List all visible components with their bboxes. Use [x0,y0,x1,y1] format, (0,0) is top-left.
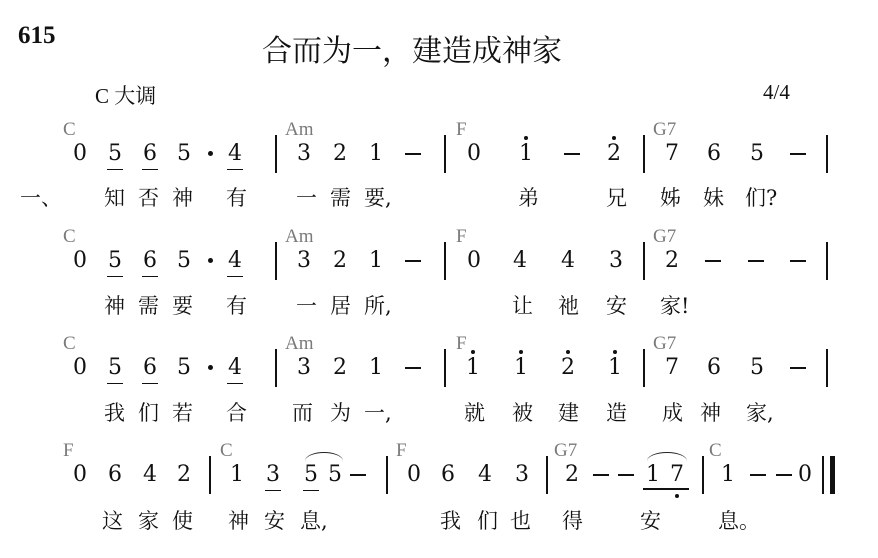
lyric-syllable: 安 [264,511,285,532]
bar-line [546,456,548,494]
note: 2 [175,464,193,486]
chord-symbol: G7 [653,120,676,139]
sustain-dash [405,367,421,369]
lyric-syllable: 被 [512,403,533,424]
bar-line [444,349,446,387]
note: 5 [106,143,124,165]
note: 0 [796,464,814,486]
note: 6 [141,143,159,165]
tie-slur [305,452,343,461]
note: 7 [663,143,681,165]
lyric-syllable: 祂 [558,296,579,317]
lyric-syllable: 一、 [20,188,62,209]
lyric-syllable: 安 [640,511,661,532]
lyric-syllable: 这 [102,511,123,532]
lyric-syllable: 使 [172,511,193,532]
chord-symbol: F [396,441,407,460]
note: 1 [512,357,530,379]
note: 3 [607,250,625,272]
lyric-syllable: 家 [138,511,159,532]
note: 3 [295,250,313,272]
lyric-syllable: 家, [746,403,774,424]
sustain-dash [405,153,421,155]
note: 0 [405,464,423,486]
note: 0 [71,464,89,486]
augmentation-dot [208,365,213,370]
chord-symbol: C [63,227,76,246]
lyric-syllable: 否 [138,188,159,209]
time-signature: 4/4 [763,80,790,105]
note: 6 [705,357,723,379]
sustain-dash [750,474,766,476]
song-number: 615 [18,22,56,50]
bar-line [444,135,446,173]
note: 1 [367,357,385,379]
note: 3 [264,464,282,486]
note: 6 [705,143,723,165]
note: 5 [175,250,193,272]
lyric-syllable: 神 [700,403,721,424]
chord-symbol: C [63,334,76,353]
bar-line [386,456,388,494]
lyric-syllable: 兄 [606,188,627,209]
lyric-syllable: 神 [228,511,249,532]
lyric-syllable: 神 [104,296,125,317]
note: 2 [663,250,681,272]
lyric-syllable: 就 [464,403,485,424]
lyric-syllable: 息。 [718,511,760,532]
note: 2 [331,143,349,165]
note: 4 [226,250,244,272]
lyric-syllable: 造 [606,403,627,424]
lyric-syllable: 知 [104,188,125,209]
augmentation-dot [208,258,213,263]
bar-line [826,135,828,173]
lyric-syllable: 所, [364,296,392,317]
chord-symbol: Am [285,334,314,353]
note: 6 [439,464,457,486]
song-title: 合而为一，建造成神家 [262,26,562,70]
note: 1 [464,357,482,379]
bar-line [275,135,277,173]
lyric-syllable: 我 [440,511,461,532]
eighth-beam [643,488,689,490]
note: 1 [644,464,662,486]
bar-line [702,456,704,494]
note: 4 [226,143,244,165]
lyric-syllable: 也 [510,511,531,532]
lyric-syllable: 若 [172,403,193,424]
lyric-syllable: 要 [172,296,193,317]
note: 5 [106,250,124,272]
sustain-dash [618,474,634,476]
lyric-syllable: 一 [296,188,317,209]
sustain-dash [350,474,366,476]
sustain-dash [705,260,721,262]
chord-symbol: Am [285,120,314,139]
chord-symbol: G7 [653,227,676,246]
note: 5 [175,143,193,165]
note: 4 [141,464,159,486]
bar-line [209,456,211,494]
note: 0 [465,250,483,272]
final-bar-line [830,456,835,494]
lyric-syllable: 们? [745,188,777,209]
chord-symbol: G7 [653,334,676,353]
note: 1 [719,464,737,486]
note: 1 [606,357,624,379]
lyric-syllable: 需 [330,188,351,209]
lyric-syllable: 们 [477,511,498,532]
note: 2 [605,143,623,165]
sustain-dash [593,474,609,476]
lyric-syllable: 安 [606,296,627,317]
sustain-dash [790,260,806,262]
sustain-dash [790,367,806,369]
note: 3 [295,143,313,165]
note: 5 [106,357,124,379]
chord-symbol: C [709,441,722,460]
lyric-syllable: 而 [292,403,313,424]
lyric-syllable: 需 [138,296,159,317]
lyric-syllable: 要, [364,188,392,209]
lyric-syllable: 让 [512,296,533,317]
bar-line [826,349,828,387]
note: 4 [559,250,577,272]
bar-line [826,242,828,280]
note: 3 [295,357,313,379]
lyric-syllable: 合 [226,403,247,424]
augmentation-dot [208,151,213,156]
sustain-dash [748,260,764,262]
chord-symbol: Am [285,227,314,246]
bar-line [643,135,645,173]
note: 6 [106,464,124,486]
note: 1 [367,143,385,165]
bar-line [643,242,645,280]
lyric-syllable: 妹 [703,188,724,209]
chord-symbol: F [456,120,467,139]
lyric-syllable: 居 [330,296,351,317]
lyric-syllable: 成 [662,403,683,424]
tie-slur [647,452,687,461]
lyric-syllable: 得 [562,511,583,532]
note: 2 [331,250,349,272]
lyric-syllable: 为 [330,403,351,424]
note: 4 [226,357,244,379]
lyric-syllable: 有 [226,188,247,209]
note: 7 [668,464,686,486]
bar-line [822,456,824,494]
chord-symbol: F [63,441,74,460]
lyric-syllable: 一, [364,403,392,424]
lyric-syllable: 神 [172,188,193,209]
note: 6 [141,250,159,272]
bar-line [275,242,277,280]
note: 6 [141,357,159,379]
chord-symbol: C [63,120,76,139]
note: 4 [511,250,529,272]
note: 4 [476,464,494,486]
lyric-syllable: 姊 [660,188,681,209]
bar-line [643,349,645,387]
sustain-dash [564,153,580,155]
sustain-dash [405,260,421,262]
note: 5 [302,464,320,486]
note: 0 [71,143,89,165]
sustain-dash [790,153,806,155]
note: 2 [563,464,581,486]
lyric-syllable: 建 [558,403,579,424]
lyric-syllable: 有 [226,296,247,317]
note: 5 [326,464,344,486]
note: 2 [559,357,577,379]
note: 0 [465,143,483,165]
chord-symbol: F [456,334,467,353]
note: 0 [71,357,89,379]
note: 0 [71,250,89,272]
lyric-syllable: 息, [300,511,328,532]
lyric-syllable: 一 [296,296,317,317]
note: 5 [748,143,766,165]
sustain-dash [776,474,792,476]
note: 5 [748,357,766,379]
note: 5 [175,357,193,379]
lyric-syllable: 家! [660,296,689,317]
chord-symbol: F [456,227,467,246]
note: 7 [663,357,681,379]
chord-symbol: G7 [554,441,577,460]
note: 3 [513,464,531,486]
note: 1 [517,143,535,165]
note: 1 [367,250,385,272]
bar-line [444,242,446,280]
key-signature: C 大调 [95,80,156,110]
chord-symbol: C [220,441,233,460]
lyric-syllable: 我 [104,403,125,424]
lyric-syllable: 们 [138,403,159,424]
note: 2 [331,357,349,379]
lyric-syllable: 弟 [518,188,539,209]
note: 1 [228,464,246,486]
bar-line [275,349,277,387]
